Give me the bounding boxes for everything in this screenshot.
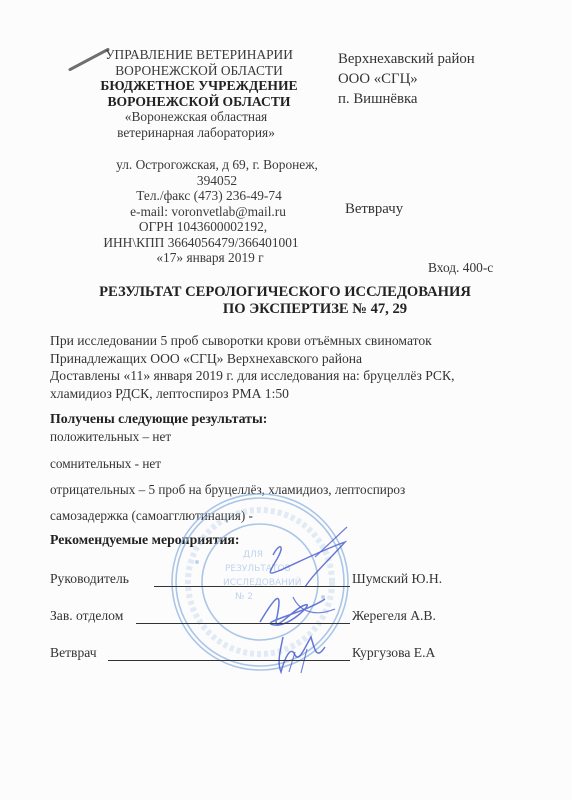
intro-line4: хламидиоз РДСК, лептоспироз РМА 1:50 [50, 385, 454, 403]
sender-inn-kpp: ИНН\КПП 3664056479/366401001 [60, 235, 338, 251]
signature-line-department [136, 623, 350, 624]
sender-authority-line1: УПРАВЛЕНИЕ ВЕТЕРИНАРИИ [60, 47, 338, 63]
document-date: «17» января 2019 г [60, 250, 338, 266]
sender-authority-line2: ВОРОНЕЖСКОЙ ОБЛАСТИ [60, 63, 338, 79]
result-negative: отрицательных – 5 проб на бруцеллёз, хла… [50, 482, 405, 498]
sender-email: e-mail: voronvetlab@mail.ru [60, 204, 338, 220]
signature-role-department: Зав. отделом [50, 608, 123, 624]
sender-ogrn: ОГРН 1043600002192, [60, 219, 338, 235]
sender-institution-line2: ВОРОНЕЖСКОЙ ОБЛАСТИ [60, 94, 338, 110]
addressee-block: Верхнехавский район ООО «СГЦ» п. Вишнёвк… [338, 49, 475, 109]
intro-line3: Доставлены «11» января 2019 г. для иссле… [50, 367, 454, 385]
document-title: РЕЗУЛЬТАТ СЕРОЛОГИЧЕСКОГО ИССЛЕДОВАНИЯ П… [40, 284, 530, 318]
sender-name-line2: ветеринарная лаборатория» [60, 125, 338, 141]
title-line1: РЕЗУЛЬТАТ СЕРОЛОГИЧЕСКОГО ИССЛЕДОВАНИЯ [40, 284, 530, 301]
svg-text:РЕЗУЛЬТАТОВ: РЕЗУЛЬТАТОВ [225, 564, 291, 574]
signature-role-vet: Ветврач [50, 645, 97, 661]
sender-institution-line1: БЮДЖЕТНОЕ УЧРЕЖДЕНИЕ [60, 78, 338, 94]
title-line2: ПО ЭКСПЕРТИЗЕ № 47, 29 [40, 301, 530, 318]
sender-phone: Тел./факс (473) 236-49-74 [60, 188, 338, 204]
result-doubtful: сомнительных - нет [50, 456, 161, 472]
intro-paragraph: При исследовании 5 проб сыворотки крови … [50, 332, 454, 402]
result-positive: положительных – нет [50, 429, 171, 445]
addressee-company: ООО «СГЦ» [338, 69, 475, 89]
signature-name-department: Жерегеля А.В. [352, 608, 436, 624]
signature-line-head [154, 586, 350, 587]
recommendations-heading: Рекомендуемые мероприятия: [50, 532, 239, 548]
svg-text:ДЛЯ: ДЛЯ [243, 550, 263, 560]
document-page: УПРАВЛЕНИЕ ВЕТЕРИНАРИИ ВОРОНЕЖСКОЙ ОБЛАС… [0, 0, 572, 800]
signature-role-head: Руководитель [50, 571, 129, 587]
addressee-district: Верхнехавский район [338, 49, 475, 69]
intro-line1: При исследовании 5 проб сыворотки крови … [50, 332, 454, 350]
results-heading: Получены следующие результаты: [50, 411, 267, 427]
sender-name-line1: «Воронежская областная [60, 109, 338, 125]
recipient: Ветврачу [345, 201, 403, 218]
sender-header: УПРАВЛЕНИЕ ВЕТЕРИНАРИИ ВОРОНЕЖСКОЙ ОБЛАС… [60, 47, 338, 266]
intro-line2: Принадлежащих ООО «СГЦ» Верхнехавского р… [50, 350, 454, 368]
signature-name-head: Шумский Ю.Н. [352, 571, 442, 587]
result-self-agglutination: самозадержка (самоагглютинация) - [50, 508, 253, 524]
addressee-settlement: п. Вишнёвка [338, 89, 475, 109]
incoming-number: Вход. 400-с [428, 260, 493, 276]
signature-line-vet [108, 660, 350, 661]
sender-address: ул. Острогожская, д 69, г. Воронеж, 3940… [60, 157, 338, 188]
signature-name-vet: Кургузова Е.А [352, 645, 435, 661]
svg-text:№ 2: № 2 [235, 592, 253, 602]
